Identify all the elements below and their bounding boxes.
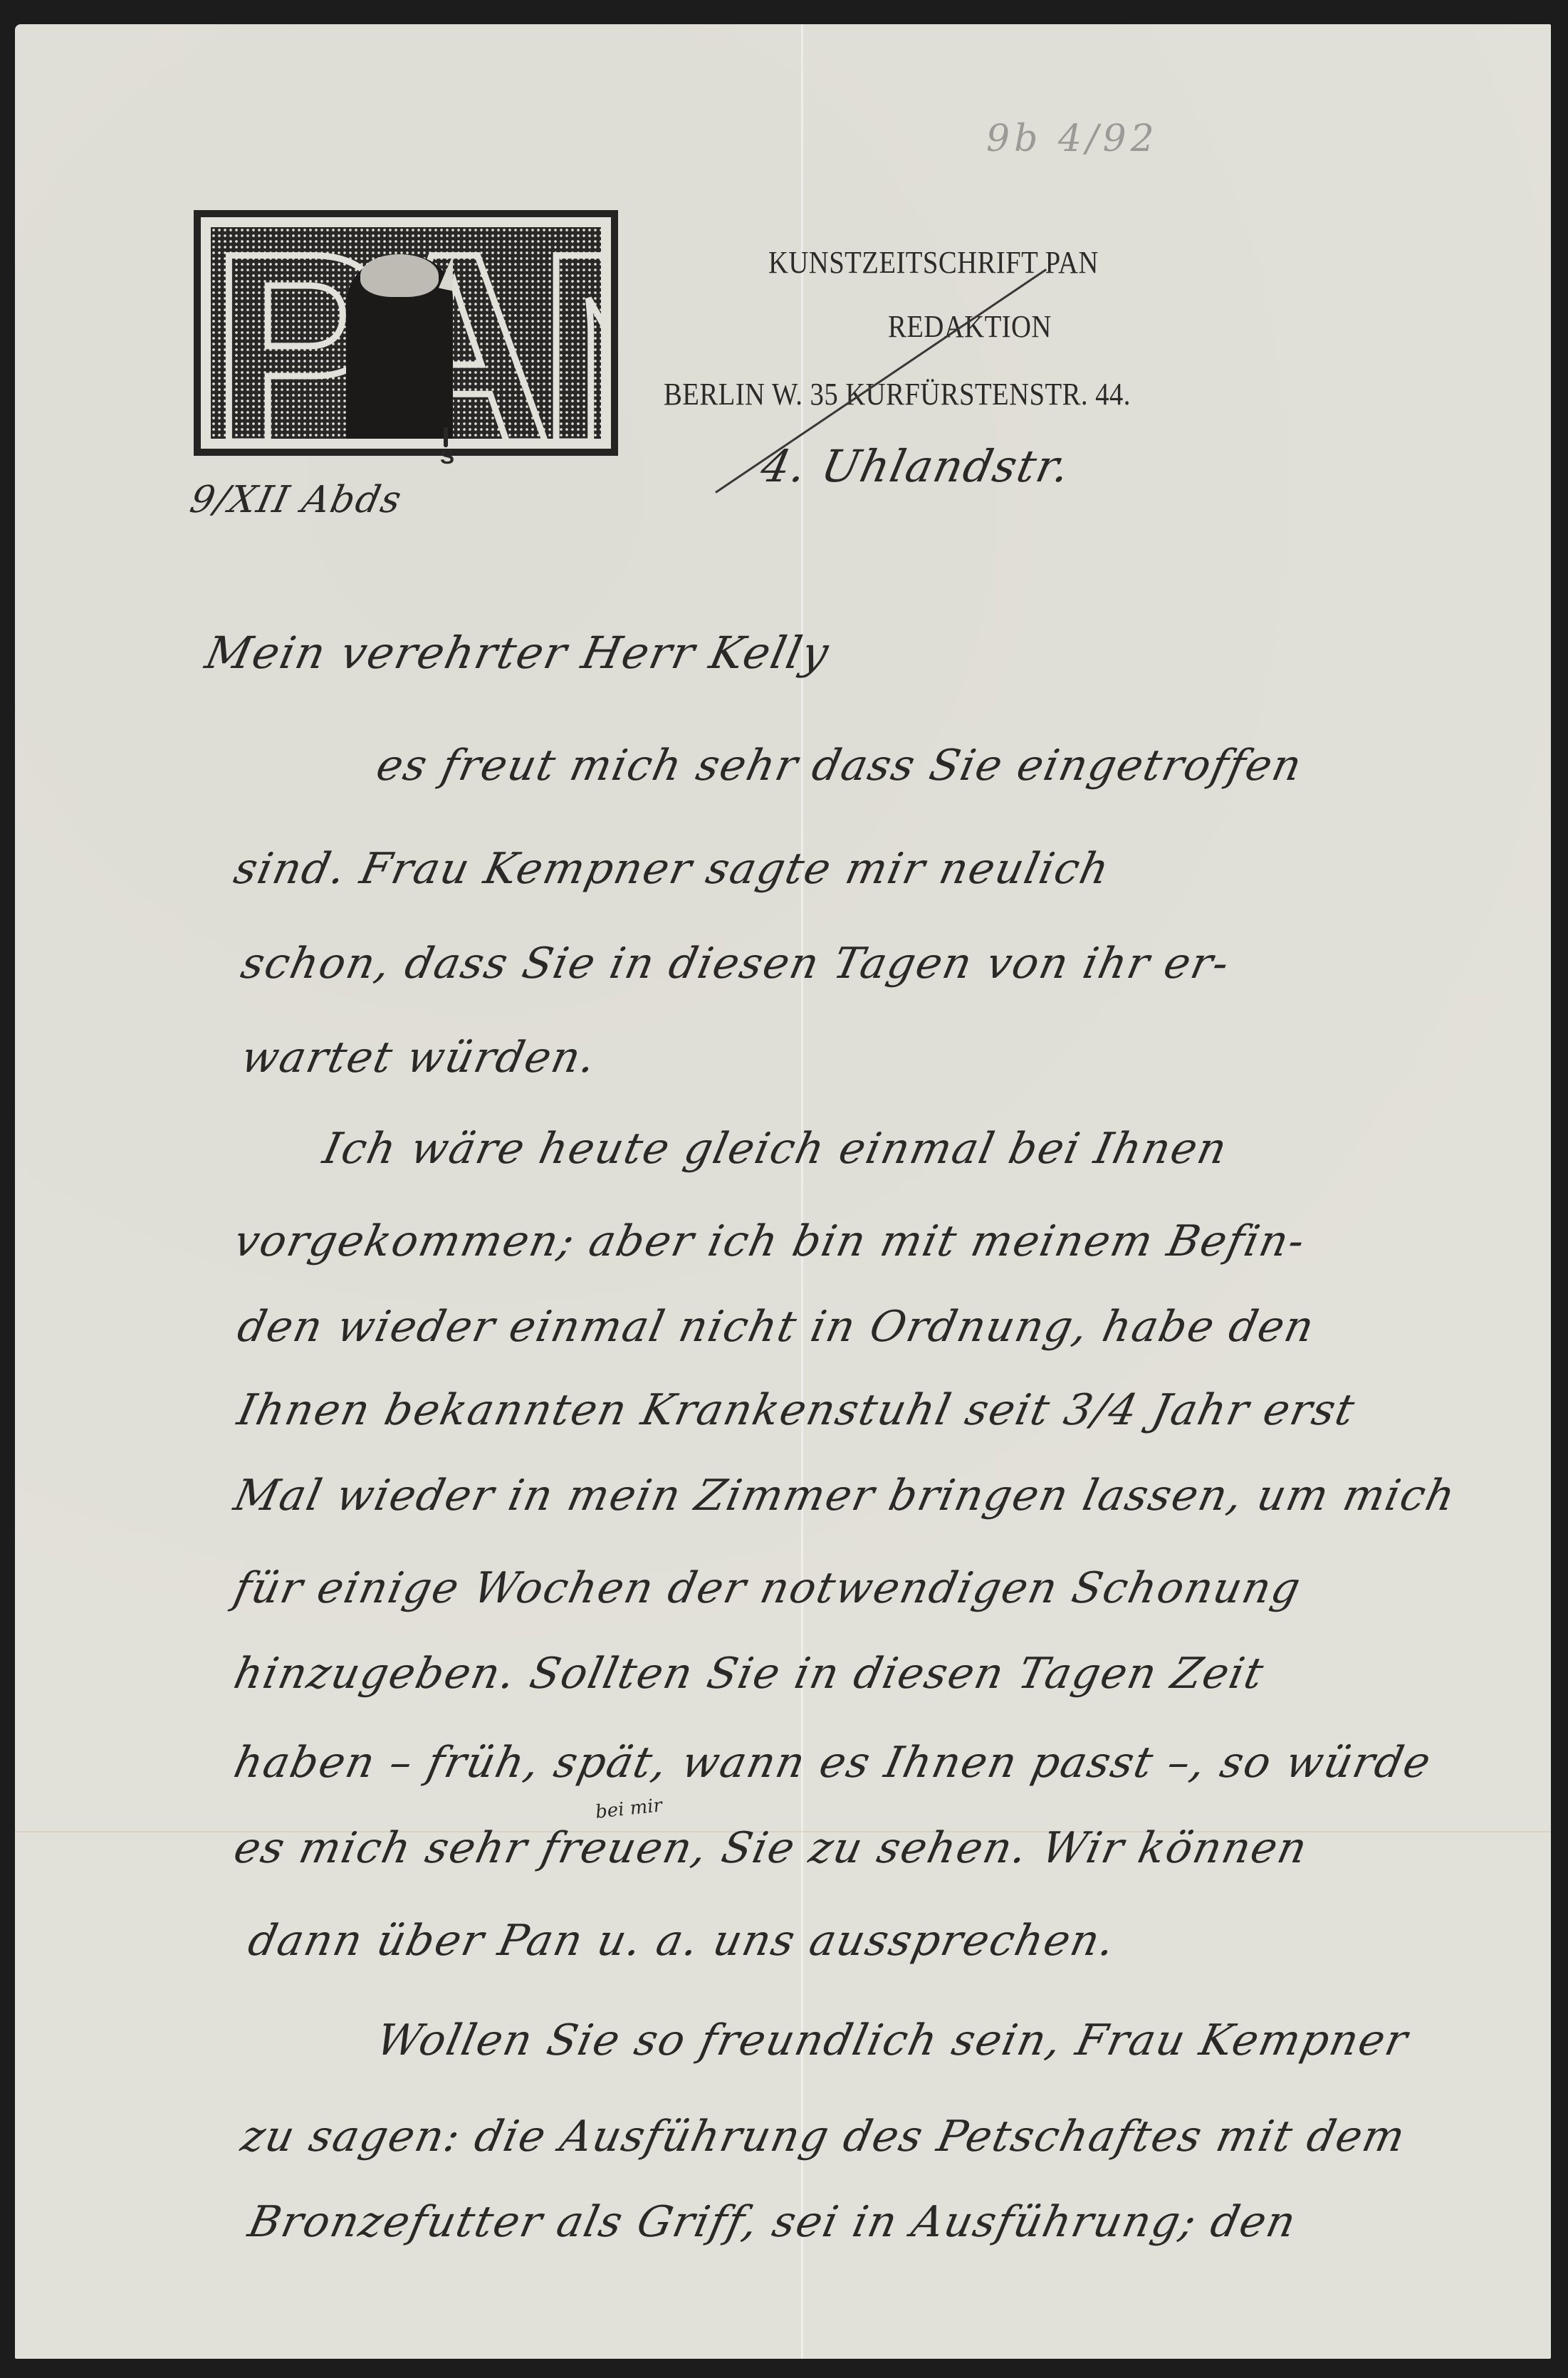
salutation: Mein verehrter Herr Kelly xyxy=(201,627,835,679)
body-line: schon, dass Sie in diesen Tagen von ihr … xyxy=(237,939,1235,989)
letterhead-title: KUNSTZEITSCHRIFT PAN xyxy=(768,244,1099,281)
body-line: Ich wäre heute gleich einmal bei Ihnen xyxy=(319,1124,1233,1174)
body-line: für einige Wochen der notwendigen Schonu… xyxy=(230,1563,1306,1613)
body-line: Ihnen bekannten Krankenstuhl seit 3/4 Ja… xyxy=(234,1385,1360,1435)
archive-pencil-note: 9b 4/92 xyxy=(986,118,1159,160)
pan-logo-woodcut: PAN xyxy=(194,210,618,456)
body-line: Mal wieder in mein Zimmer bringen lassen… xyxy=(230,1471,1461,1521)
letterhead-address: BERLIN W. 35 KURFÜRSTENSTR. 44. xyxy=(664,376,1131,412)
vertical-fold-crease xyxy=(801,24,803,2359)
body-line: vorgekommen; aber ich bin mit meinem Bef… xyxy=(230,1216,1310,1266)
body-line: dann über Pan u. a. uns aussprechen. xyxy=(244,1916,1121,1966)
artist-monogram: S xyxy=(440,445,454,469)
logo-halftone-background: PAN xyxy=(211,227,601,439)
body-line: haben – früh, spät, wann es Ihnen passt … xyxy=(230,1738,1436,1788)
body-line: den wieder einmal nicht in Ordnung, habe… xyxy=(234,1302,1319,1352)
body-line: sind. Frau Kempner sagte mir neulich xyxy=(230,844,1115,894)
handwritten-date: 9/XII Abds xyxy=(187,479,407,521)
body-line: wartet würden. xyxy=(237,1033,602,1083)
pan-hair-icon xyxy=(360,254,439,297)
body-line: hinzugeben. Sollten Sie in diesen Tagen … xyxy=(230,1649,1269,1699)
body-line: es freut mich sehr dass Sie eingetroffen xyxy=(372,741,1307,791)
handwritten-new-address: 4. Uhlandstr. xyxy=(756,440,1075,492)
body-line: Wollen Sie so freundlich sein, Frau Kemp… xyxy=(372,2015,1413,2065)
monogram-stem xyxy=(444,427,448,447)
letterhead-department: REDAKTION xyxy=(888,308,1052,345)
body-line: es mich sehr freuen, Sie zu sehen. Wir k… xyxy=(230,1823,1313,1873)
body-line: zu sagen: die Ausführung des Petschaftes… xyxy=(237,2112,1411,2161)
body-line: Bronzefutter als Griff, sei in Ausführun… xyxy=(244,2197,1302,2247)
